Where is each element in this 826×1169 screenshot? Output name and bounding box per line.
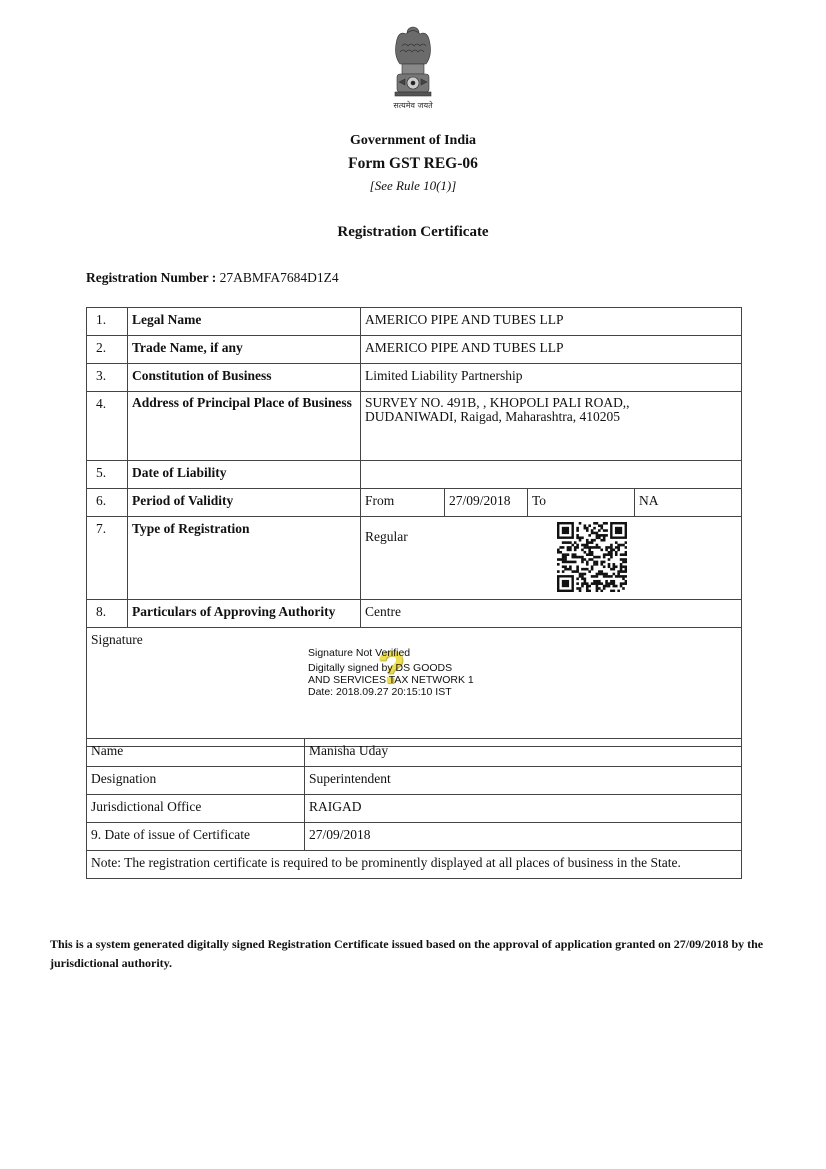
constitution-value: Limited Liability Partnership	[361, 364, 742, 392]
table-row: 1. Legal Name AMERICO PIPE AND TUBES LLP	[87, 308, 742, 336]
table-row: 3. Constitution of Business Limited Liab…	[87, 364, 742, 392]
table-row: 7. Type of Registration Regular	[87, 517, 742, 600]
signature-cell: Signature ? Signature Not Verified Digit…	[87, 628, 742, 747]
field-label: Particulars of Approving Authority	[128, 600, 361, 628]
certificate-title: Registration Certificate	[0, 224, 826, 241]
signature-date: Date: 2018.09.27 20:15:10 IST	[308, 686, 474, 698]
row-number: 1.	[87, 308, 128, 336]
field-label: Date of Liability	[128, 461, 361, 489]
jurisdictional-office-value: RAIGAD	[305, 795, 742, 823]
row-number: 8.	[87, 600, 128, 628]
field-label: Legal Name	[128, 308, 361, 336]
officer-label: Name	[87, 739, 305, 767]
legal-name-value: AMERICO PIPE AND TUBES LLP	[361, 308, 742, 336]
registration-type-cell: Regular	[361, 517, 742, 600]
row-number: 6.	[87, 489, 128, 517]
signature-status: Signature Not Verified	[308, 647, 474, 659]
row-number: 5.	[87, 461, 128, 489]
row-number: 4.	[87, 392, 128, 461]
government-heading: Government of India	[0, 133, 826, 149]
table-row: 5. Date of Liability	[87, 461, 742, 489]
validity-to-label: To	[528, 489, 635, 517]
approving-authority-value: Centre	[361, 600, 742, 628]
table-row: Note: The registration certificate is re…	[87, 851, 742, 879]
table-row: 9. Date of issue of Certificate 27/09/20…	[87, 823, 742, 851]
trade-name-value: AMERICO PIPE AND TUBES LLP	[361, 336, 742, 364]
registration-number: Registration Number : 27ABMFA7684D1Z4	[86, 270, 339, 286]
officer-label: 9. Date of issue of Certificate	[87, 823, 305, 851]
signature-label: Signature	[91, 632, 143, 647]
officer-label: Designation	[87, 767, 305, 795]
table-row: Name Manisha Uday	[87, 739, 742, 767]
field-label: Type of Registration	[128, 517, 361, 600]
registration-number-value: 27ABMFA7684D1Z4	[220, 270, 339, 285]
registration-type-value: Regular	[365, 529, 408, 544]
row-number: 7.	[87, 517, 128, 600]
form-title: Form GST REG-06	[0, 155, 826, 173]
issue-date-value: 27/09/2018	[305, 823, 742, 851]
digital-signature-block: Signature Not Verified Digitally signed …	[308, 647, 474, 698]
rule-reference: [See Rule 10(1)]	[0, 178, 826, 194]
validity-from-label: From	[361, 489, 445, 517]
table-row: Jurisdictional Office RAIGAD	[87, 795, 742, 823]
system-generated-footer: This is a system generated digitally sig…	[50, 935, 780, 973]
date-of-liability-value	[361, 461, 742, 489]
signature-row: Signature ? Signature Not Verified Digit…	[87, 628, 742, 747]
validity-from-value: 27/09/2018	[445, 489, 528, 517]
table-row: Designation Superintendent	[87, 767, 742, 795]
registration-number-label: Registration Number :	[86, 270, 216, 285]
table-row: 4. Address of Principal Place of Busines…	[87, 392, 742, 461]
field-label: Constitution of Business	[128, 364, 361, 392]
officer-name-value: Manisha Uday	[305, 739, 742, 767]
display-note: Note: The registration certificate is re…	[87, 851, 742, 879]
row-number: 3.	[87, 364, 128, 392]
table-row: 8. Particulars of Approving Authority Ce…	[87, 600, 742, 628]
svg-text:सत्यमेव जयते: सत्यमेव जयते	[393, 100, 433, 110]
designation-value: Superintendent	[305, 767, 742, 795]
officer-table: Name Manisha Uday Designation Superinten…	[86, 738, 742, 879]
address-value: SURVEY NO. 491B, , KHOPOLI PALI ROAD,, D…	[361, 392, 742, 461]
qr-code-icon	[557, 522, 627, 592]
table-row: 6. Period of Validity From 27/09/2018 To…	[87, 489, 742, 517]
field-label: Address of Principal Place of Business	[128, 392, 361, 461]
certificate-table: 1. Legal Name AMERICO PIPE AND TUBES LLP…	[86, 307, 742, 747]
national-emblem-icon: सत्यमेव जयते	[384, 24, 442, 112]
field-label: Period of Validity	[128, 489, 361, 517]
field-label: Trade Name, if any	[128, 336, 361, 364]
validity-to-value: NA	[635, 489, 742, 517]
officer-label: Jurisdictional Office	[87, 795, 305, 823]
signed-by-line-1: Digitally signed by DS GOODS	[308, 662, 474, 674]
table-row: 2. Trade Name, if any AMERICO PIPE AND T…	[87, 336, 742, 364]
signed-by-line-2: AND SERVICES TAX NETWORK 1	[308, 674, 474, 686]
row-number: 2.	[87, 336, 128, 364]
